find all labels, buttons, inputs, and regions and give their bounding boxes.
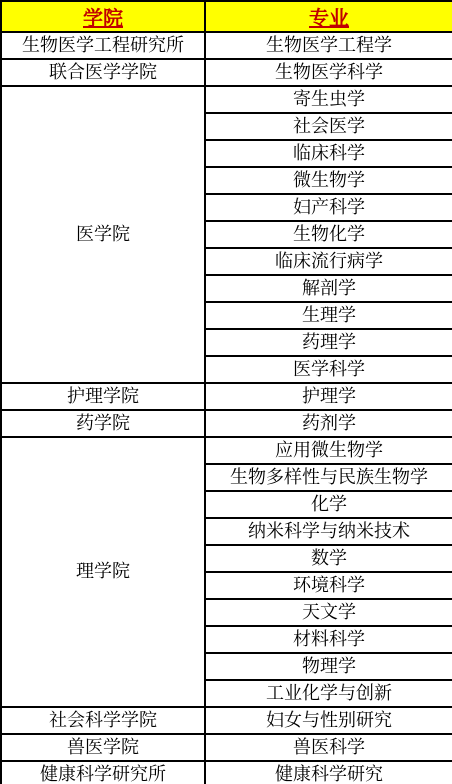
major-cell: 数学 (205, 545, 452, 572)
major-cell: 护理学 (205, 383, 452, 410)
college-cell: 护理学院 (1, 383, 205, 410)
header-row: 学院 专业 (1, 1, 452, 32)
major-cell: 兽医科学 (205, 734, 452, 761)
table-row: 理学院应用微生物学 (1, 437, 452, 464)
major-cell: 天文学 (205, 599, 452, 626)
major-cell: 环境科学 (205, 572, 452, 599)
college-cell: 联合医学学院 (1, 59, 205, 86)
college-cell: 理学院 (1, 437, 205, 707)
major-cell: 应用微生物学 (205, 437, 452, 464)
table-row: 社会科学学院妇女与性别研究 (1, 707, 452, 734)
major-cell: 材料科学 (205, 626, 452, 653)
major-cell: 临床科学 (205, 140, 452, 167)
table-row: 联合医学学院生物医学科学 (1, 59, 452, 86)
page: 学院 专业 生物医学工程研究所生物医学工程学联合医学学院生物医学科学医学院寄生虫… (0, 0, 452, 784)
table-row: 兽医学院兽医科学 (1, 734, 452, 761)
college-column-header: 学院 (1, 1, 205, 32)
major-cell: 妇女与性别研究 (205, 707, 452, 734)
major-cell: 临床流行病学 (205, 248, 452, 275)
major-cell: 健康科学研究 (205, 761, 452, 784)
major-cell: 生理学 (205, 302, 452, 329)
table-header: 学院 专业 (1, 1, 452, 32)
table-row: 药学院药剂学 (1, 410, 452, 437)
college-major-table: 学院 专业 生物医学工程研究所生物医学工程学联合医学学院生物医学科学医学院寄生虫… (0, 0, 452, 784)
major-cell: 化学 (205, 491, 452, 518)
table-row: 健康科学研究所健康科学研究 (1, 761, 452, 784)
table-row: 生物医学工程研究所生物医学工程学 (1, 32, 452, 59)
table-body: 生物医学工程研究所生物医学工程学联合医学学院生物医学科学医学院寄生虫学社会医学临… (1, 32, 452, 784)
college-cell: 药学院 (1, 410, 205, 437)
major-cell: 生物多样性与民族生物学 (205, 464, 452, 491)
college-cell: 社会科学学院 (1, 707, 205, 734)
major-cell: 生物医学科学 (205, 59, 452, 86)
major-cell: 生物医学工程学 (205, 32, 452, 59)
table-row: 医学院寄生虫学 (1, 86, 452, 113)
major-cell: 工业化学与创新 (205, 680, 452, 707)
college-cell: 生物医学工程研究所 (1, 32, 205, 59)
college-cell: 医学院 (1, 86, 205, 383)
major-cell: 微生物学 (205, 167, 452, 194)
major-cell: 医学科学 (205, 356, 452, 383)
major-cell: 纳米科学与纳米技术 (205, 518, 452, 545)
major-cell: 药理学 (205, 329, 452, 356)
major-cell: 生物化学 (205, 221, 452, 248)
major-cell: 药剂学 (205, 410, 452, 437)
major-column-header: 专业 (205, 1, 452, 32)
major-cell: 物理学 (205, 653, 452, 680)
major-cell: 寄生虫学 (205, 86, 452, 113)
major-cell: 解剖学 (205, 275, 452, 302)
major-cell: 社会医学 (205, 113, 452, 140)
major-cell: 妇产科学 (205, 194, 452, 221)
college-cell: 健康科学研究所 (1, 761, 205, 784)
table-row: 护理学院护理学 (1, 383, 452, 410)
college-cell: 兽医学院 (1, 734, 205, 761)
